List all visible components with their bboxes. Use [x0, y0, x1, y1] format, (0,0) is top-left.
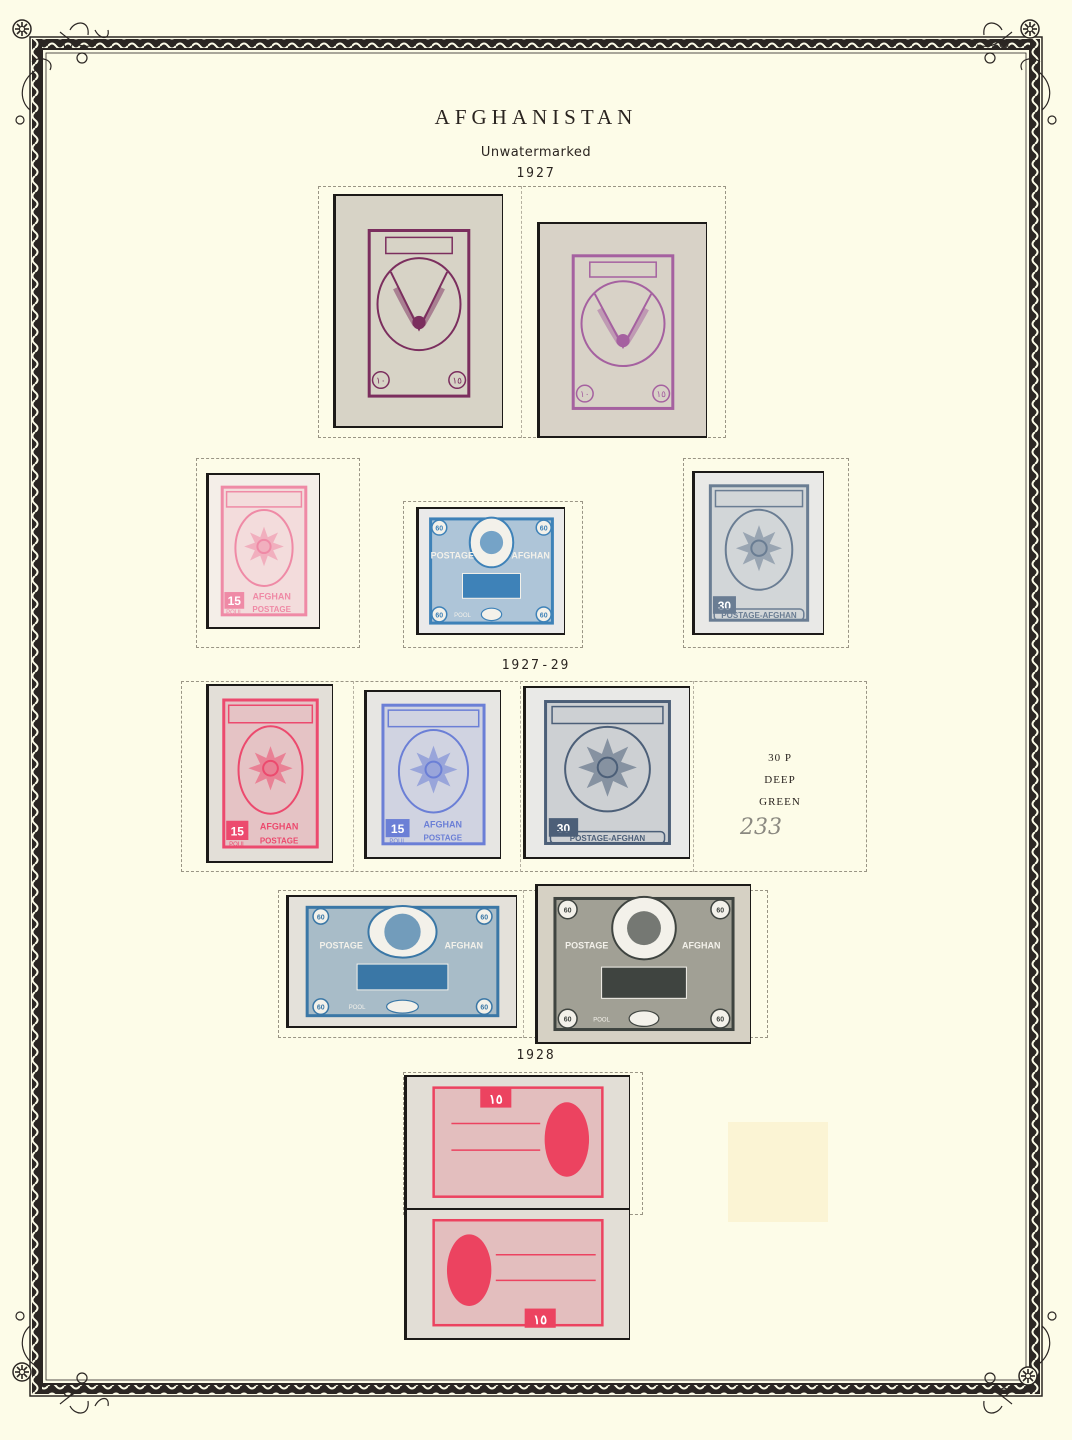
mount-divider [353, 681, 354, 872]
stamp-1927-flags-dark[interactable]: ١٠١٥ [336, 196, 502, 426]
page-subtitle: Unwatermarked [0, 145, 1072, 160]
svg-text:AFGHAN: AFGHAN [424, 819, 463, 829]
svg-text:60: 60 [480, 1005, 488, 1012]
svg-text:POSTAGE: POSTAGE [431, 551, 474, 561]
space-label-30p-deep-green: 30 P DEEP GREEN [695, 747, 865, 813]
label-line-denomination: 30 P [695, 747, 865, 769]
stamp-design: POSTAGEAFGHAN60606060POOL [289, 897, 516, 1026]
svg-text:60: 60 [540, 526, 548, 533]
stamp-design: 30POSTAGE-AFGHAN [695, 473, 823, 633]
svg-text:60: 60 [480, 914, 488, 921]
svg-text:AFGHAN: AFGHAN [445, 941, 484, 951]
svg-text:60: 60 [564, 1017, 572, 1024]
stamp-design: 15AFGHANPOSTAGEPOUL [209, 686, 332, 861]
svg-text:60: 60 [716, 1017, 724, 1024]
section-year-1927: 1927 [0, 166, 1072, 181]
svg-text:POSTAGE: POSTAGE [424, 834, 463, 843]
stamp-1927-flags-pale[interactable]: ١٠١٥ [540, 224, 706, 436]
svg-text:POOL: POOL [349, 1005, 366, 1011]
svg-text:١٠: ١٠ [580, 389, 590, 399]
svg-text:60: 60 [564, 907, 572, 914]
stamp-design: 30POSTAGE-AFGHAN [526, 688, 689, 857]
svg-text:AFGHAN: AFGHAN [252, 592, 291, 602]
svg-text:POOL: POOL [454, 613, 471, 619]
svg-text:POUL: POUL [229, 842, 246, 848]
svg-text:١٥: ١٥ [533, 1312, 547, 1327]
svg-text:POSTAGE-AFGHAN: POSTAGE-AFGHAN [570, 834, 646, 843]
stamp-15-poul-perf-rose[interactable]: 15AFGHANPOSTAGEPOUL [209, 686, 332, 861]
stamp-30-poul-imperf-grey[interactable]: 30POSTAGE-AFGHAN [695, 473, 823, 633]
page-title: AFGHANISTAN [0, 105, 1072, 130]
stamp-60-poul-perf-blue[interactable]: POSTAGEAFGHAN60606060POOL [289, 897, 516, 1026]
stamp-design: ١٥ [407, 1077, 629, 1210]
svg-text:60: 60 [540, 612, 548, 619]
stamp-design: POSTAGEAFGHAN60606060POOL [538, 886, 750, 1042]
svg-text:60: 60 [317, 1005, 325, 1012]
svg-text:١٠: ١٠ [376, 375, 386, 385]
mount-divider [693, 681, 694, 872]
svg-text:AFGHAN: AFGHAN [511, 551, 550, 561]
svg-text:15: 15 [231, 825, 245, 839]
stamp-design: ١٠١٥ [540, 224, 706, 436]
label-line-color-1: DEEP [695, 769, 865, 791]
svg-text:١٥: ١٥ [452, 375, 462, 385]
svg-text:POSTAGE-AFGHAN: POSTAGE-AFGHAN [721, 611, 797, 620]
mount-divider [523, 890, 524, 1038]
svg-text:POOL: POOL [593, 1018, 610, 1024]
stamp-15-poul-perf-ultramarine[interactable]: 15AFGHANPOSTAGEPOUL [367, 692, 500, 857]
svg-text:١٥: ١٥ [656, 389, 666, 399]
svg-text:POSTAGE: POSTAGE [320, 941, 363, 951]
svg-text:60: 60 [716, 907, 724, 914]
svg-text:١٥: ١٥ [489, 1091, 503, 1106]
label-line-color-2: GREEN [695, 791, 865, 813]
stamp-1928-15-top[interactable]: ١٥ [407, 1077, 629, 1210]
stamp-15-poul-imperf-pink[interactable]: 15AFGHANPOSTAGEPOUL [209, 475, 319, 627]
svg-text:60: 60 [435, 612, 443, 619]
svg-text:POUL: POUL [226, 610, 243, 616]
stamp-30-poul-perf-slate[interactable]: 30POSTAGE-AFGHAN [526, 688, 689, 857]
stamp-design: 15AFGHANPOSTAGEPOUL [209, 475, 319, 627]
stamp-1928-15-bottom[interactable]: ١٥ [407, 1210, 629, 1338]
stamp-design: ١٥ [407, 1210, 629, 1338]
album-page: AFGHANISTAN Unwatermarked 1927 1927-29 1… [0, 0, 1072, 1440]
paper-stain [728, 1122, 828, 1222]
pencil-catalog-note: 233 [740, 815, 800, 840]
svg-text:POSTAGE: POSTAGE [565, 940, 608, 950]
svg-text:AFGHAN: AFGHAN [682, 940, 721, 950]
svg-text:AFGHAN: AFGHAN [260, 822, 299, 832]
stamp-60-poul-imperf-blue[interactable]: POSTAGEAFGHAN60606060POOL [419, 509, 564, 633]
svg-text:30: 30 [557, 821, 571, 835]
stamp-60-poul-perf-black[interactable]: POSTAGEAFGHAN60606060POOL [538, 886, 750, 1042]
svg-text:60: 60 [317, 914, 325, 921]
stamp-design: ١٠١٥ [336, 196, 502, 426]
svg-text:POUL: POUL [389, 839, 406, 845]
stamp-design: POSTAGEAFGHAN60606060POOL [419, 509, 564, 633]
stamp-design: 15AFGHANPOSTAGEPOUL [367, 692, 500, 857]
svg-text:POSTAGE: POSTAGE [260, 837, 299, 846]
section-year-1928: 1928 [0, 1048, 1072, 1063]
svg-text:POSTAGE: POSTAGE [252, 605, 291, 614]
svg-text:60: 60 [435, 526, 443, 533]
mount-divider [520, 681, 521, 872]
svg-text:15: 15 [228, 594, 242, 608]
section-year-1927-29: 1927-29 [0, 658, 1072, 673]
svg-text:15: 15 [391, 822, 405, 836]
mount-divider [521, 186, 522, 438]
